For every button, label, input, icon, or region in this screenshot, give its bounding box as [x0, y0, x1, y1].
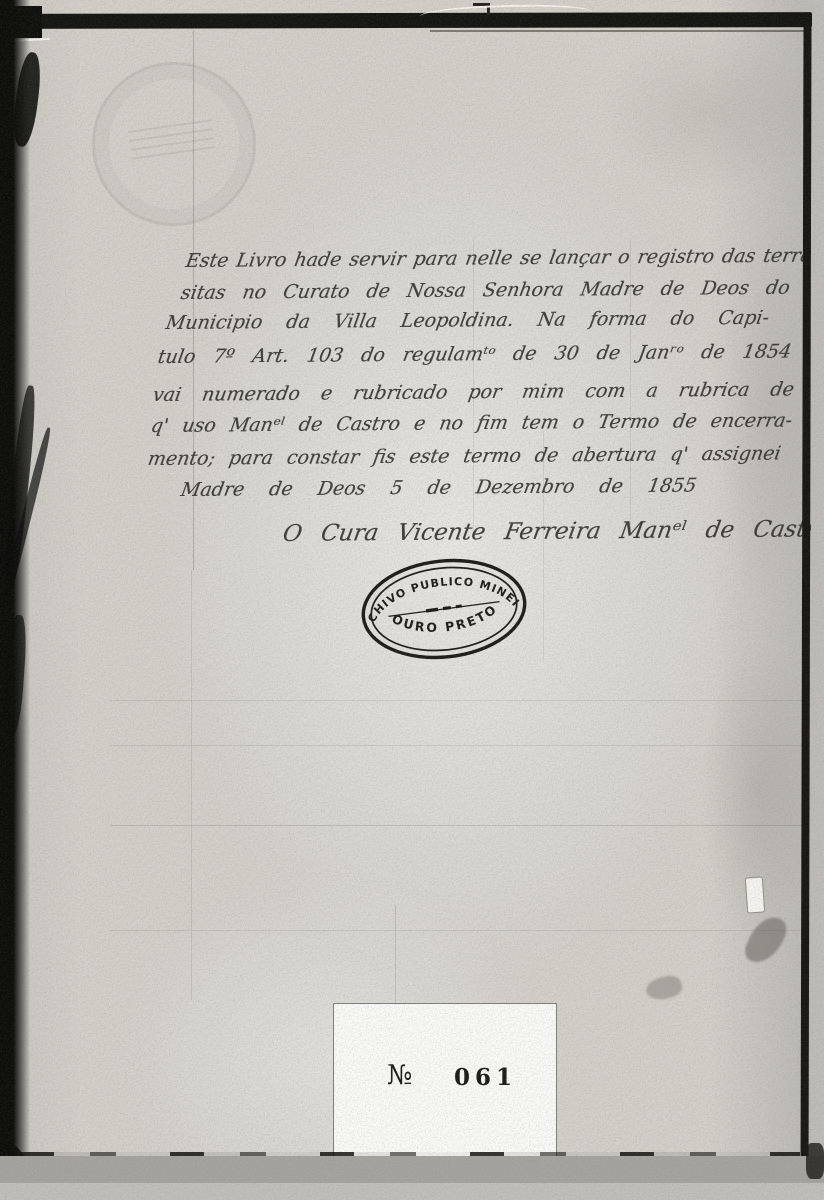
bleedthrough-rule-line — [110, 930, 805, 931]
scan-bottom-band — [0, 1183, 824, 1200]
stamp-arc-bottom: OURO PRETO — [388, 600, 502, 640]
archive-oval-stamp: ARCHIVO PUBLICO MINEIRO OURO PRETO — [351, 545, 538, 673]
signature-line: O Cura Vicente Ferreira Manᵉˡ de Castro — [281, 516, 824, 547]
bleedthrough-rule-line — [110, 700, 805, 701]
stamp-arc-bottom-text: OURO PRETO — [388, 600, 502, 640]
vertical-crease — [191, 570, 192, 1000]
page-top-edge — [0, 12, 812, 29]
numero-sign: № — [387, 1060, 413, 1091]
manuscript-line: Madre de Deos 5 de Dezembro de 1855 — [179, 474, 698, 501]
catalog-number-label: № 061 — [333, 1003, 557, 1157]
vertical-crease — [395, 905, 396, 1005]
paper-repair-patch — [745, 876, 765, 913]
next-page-edge-strip — [811, 0, 824, 1200]
bottom-right-corner-shadow — [806, 1143, 824, 1179]
book-bottom-band — [0, 1156, 824, 1183]
page-top-edge-shadow — [430, 30, 806, 32]
paper-shading — [600, 30, 815, 195]
manuscript-page-scan: Este Livro hade servir para nelle se lan… — [0, 0, 824, 1200]
catalog-number: 061 — [454, 1064, 517, 1091]
bleedthrough-rule-line — [110, 745, 805, 746]
